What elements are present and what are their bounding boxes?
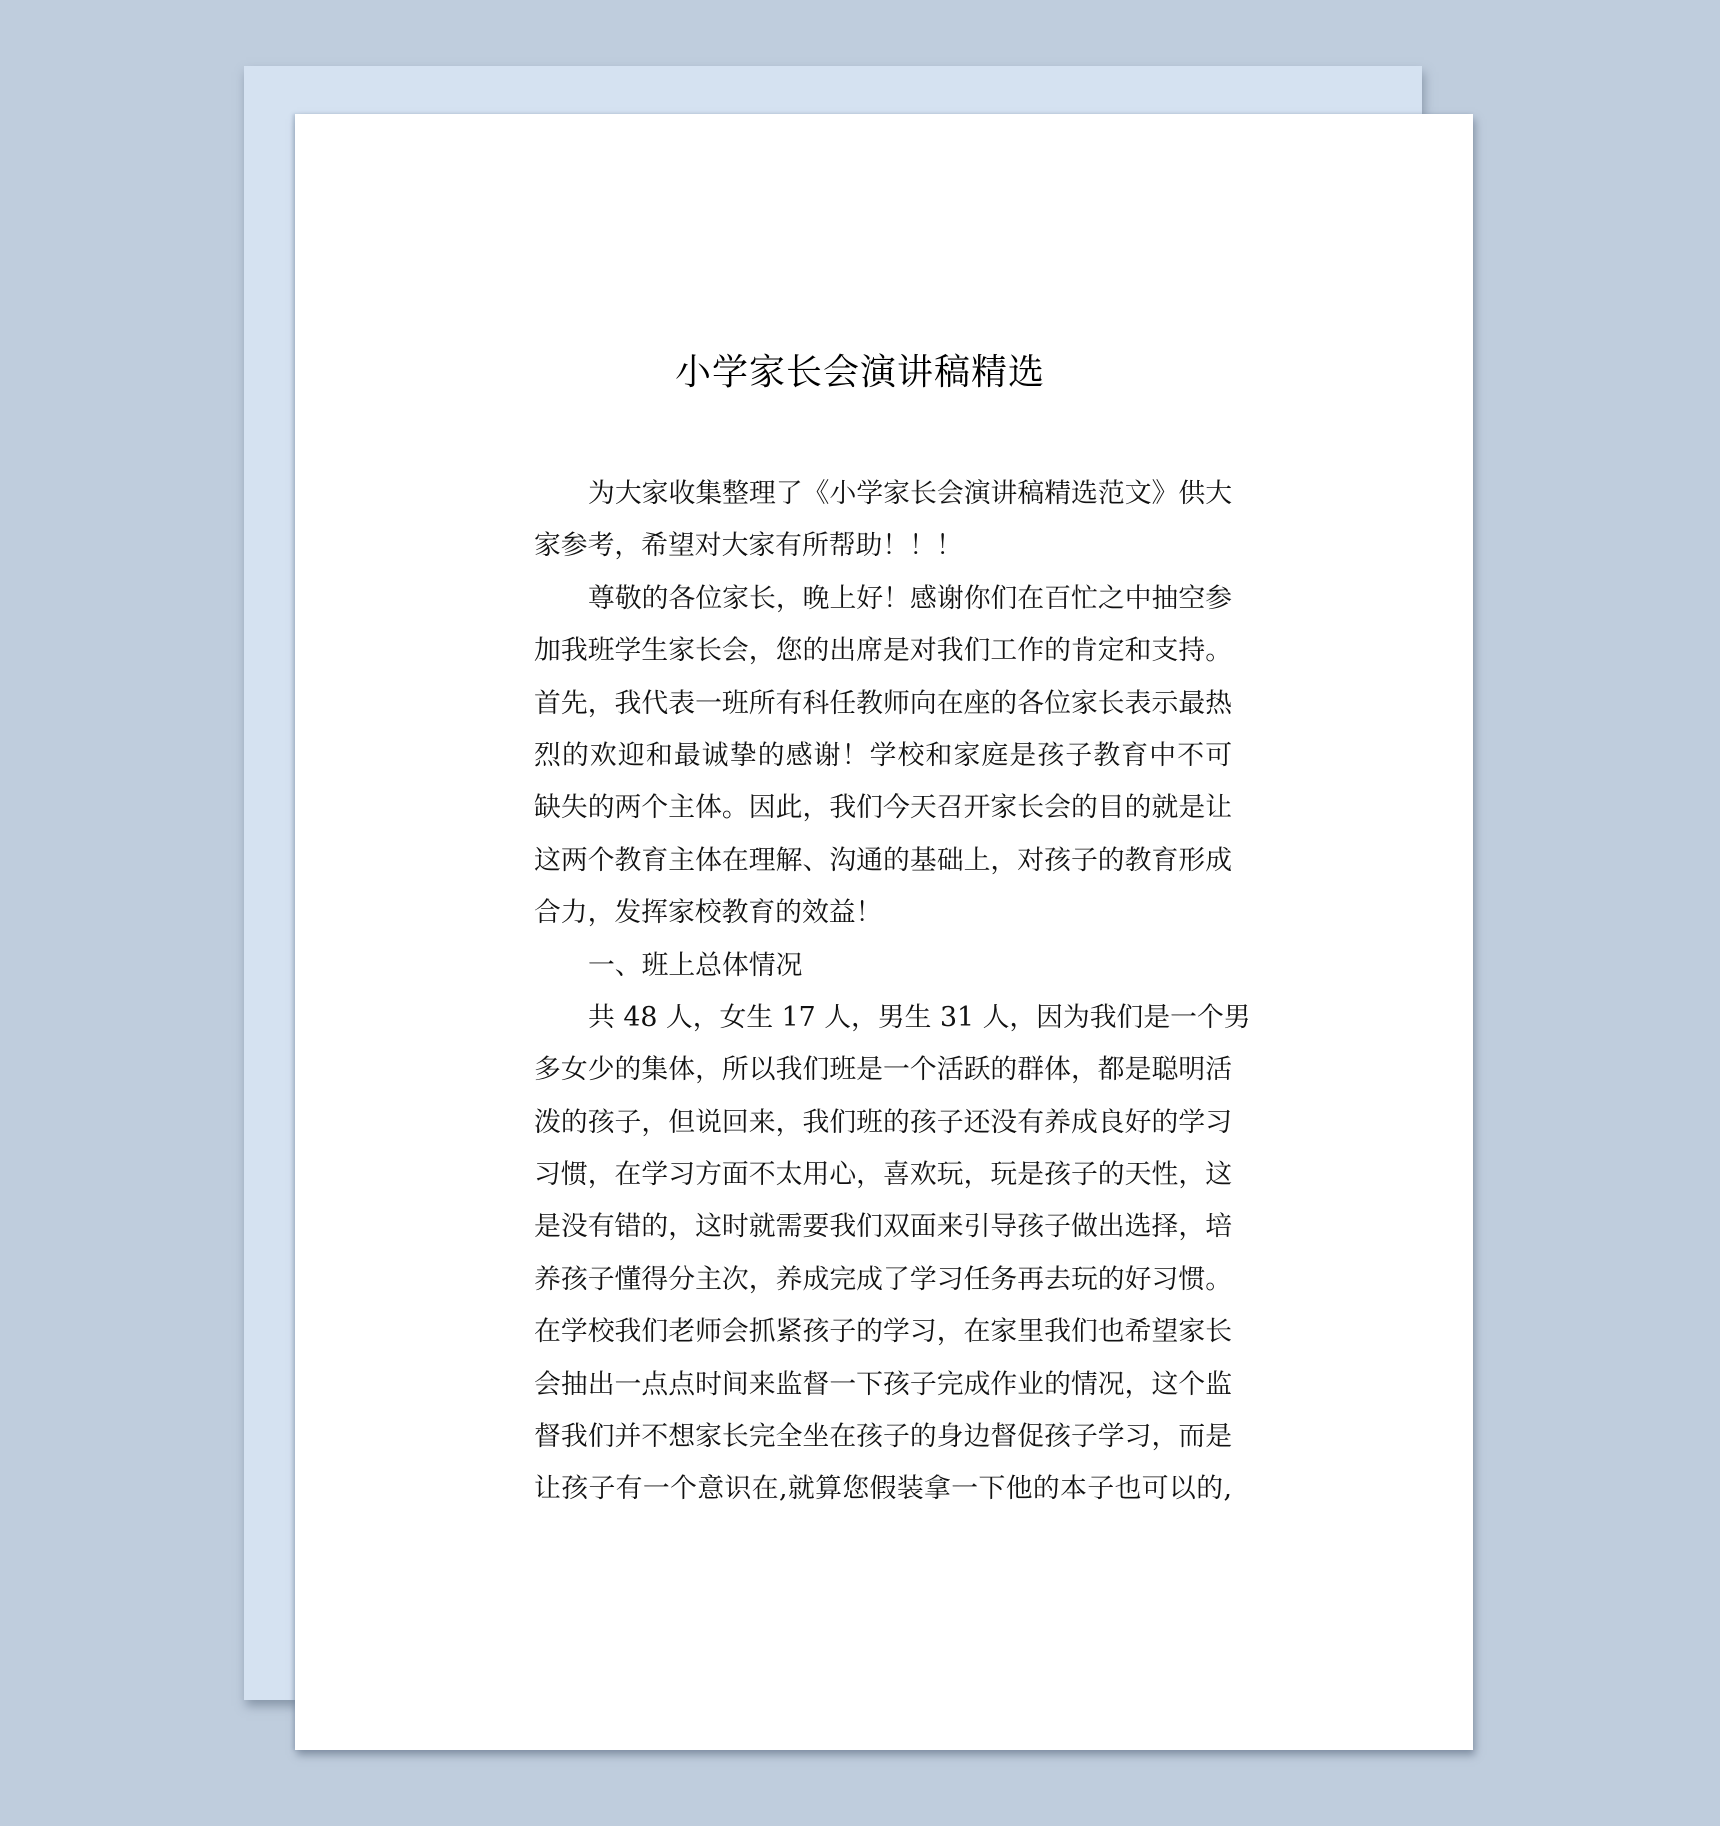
document-body: 为大家收集整理了《小学家长会演讲稿精选范文》供大 家参考，希望对大家有所帮助！！… [534, 468, 1232, 1516]
document-title: 小学家长会演讲稿精选 [0, 350, 1720, 396]
paragraph-line: 尊敬的各位家长，晚上好！感谢你们在百忙之中抽空参 [534, 573, 1232, 625]
paragraph-line: 在学校我们老师会抓紧孩子的学习，在家里我们也希望家长 [534, 1306, 1232, 1358]
paragraph-line: 养孩子懂得分主次，养成完成了学习任务再去玩的好习惯。 [534, 1254, 1232, 1306]
paragraph-line: 会抽出一点点时间来监督一下孩子完成作业的情况，这个监 [534, 1359, 1232, 1411]
paragraph-line: 加我班学生家长会，您的出席是对我们工作的肯定和支持。 [534, 625, 1232, 677]
paragraph-line: 督我们并不想家长完全坐在孩子的身边督促孩子学习，而是 [534, 1411, 1232, 1463]
paragraph-line: 多女少的集体，所以我们班是一个活跃的群体，都是聪明活 [534, 1044, 1232, 1096]
paragraph-line: 缺失的两个主体。因此，我们今天召开家长会的目的就是让 [534, 782, 1232, 834]
paragraph-line: 烈的欢迎和最诚挚的感谢！学校和家庭是孩子教育中不可 [534, 730, 1232, 782]
paragraph-line: 泼的孩子，但说回来，我们班的孩子还没有养成良好的学习 [534, 1097, 1232, 1149]
paragraph-line: 合力，发挥家校教育的效益！ [534, 887, 1232, 939]
paragraph-line: 共 48 人，女生 17 人，男生 31 人，因为我们是一个男 [534, 992, 1232, 1044]
paragraph-line: 习惯，在学习方面不太用心，喜欢玩，玩是孩子的天性，这 [534, 1149, 1232, 1201]
section-heading: 一、班上总体情况 [534, 940, 1232, 992]
paragraph-line: 这两个教育主体在理解、沟通的基础上，对孩子的教育形成 [534, 835, 1232, 887]
paragraph-line: 首先，我代表一班所有科任教师向在座的各位家长表示最热 [534, 678, 1232, 730]
paragraph-line: 家参考，希望对大家有所帮助！！！ [534, 520, 1232, 572]
paragraph-line: 为大家收集整理了《小学家长会演讲稿精选范文》供大 [534, 468, 1232, 520]
paragraph-line: 是没有错的，这时就需要我们双面来引导孩子做出选择，培 [534, 1201, 1232, 1253]
paragraph-line: 让孩子有一个意识在,就算您假装拿一下他的本子也可以的, [534, 1463, 1232, 1515]
